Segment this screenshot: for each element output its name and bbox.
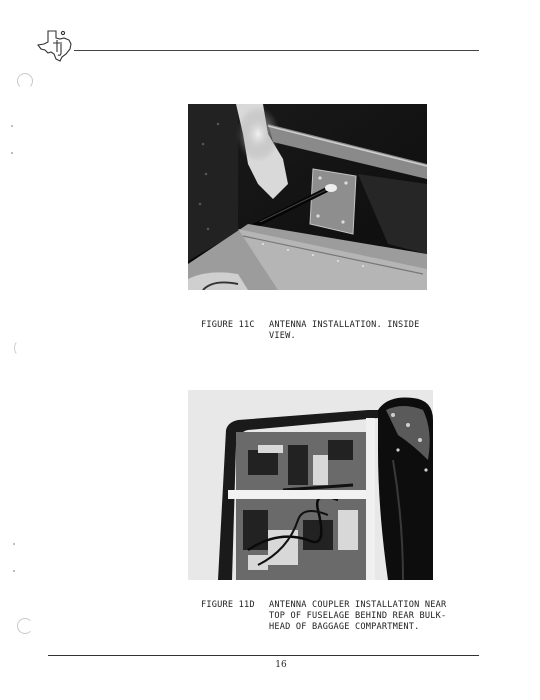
punch-hole-mark <box>14 340 26 356</box>
header-rule <box>74 50 479 51</box>
figure-11d-photo <box>188 390 433 580</box>
figure-11c-photo <box>188 104 427 290</box>
figure-11c-caption: FIGURE 11C ANTENNA INSTALLATION. INSIDE … <box>201 320 419 342</box>
figure-caption-text: ANTENNA INSTALLATION. INSIDE VIEW. <box>269 320 419 342</box>
figure-caption-text: ANTENNA COUPLER INSTALLATION NEAR TOP OF… <box>269 600 446 633</box>
scan-speck <box>11 152 13 154</box>
scan-speck <box>13 570 15 572</box>
texas-instruments-logo-icon <box>36 28 76 62</box>
scan-speck <box>11 125 13 127</box>
figure-label: FIGURE 11C <box>201 320 269 342</box>
page-number: 16 <box>0 660 540 670</box>
figure-label: FIGURE 11D <box>201 600 269 633</box>
footer-rule <box>48 655 479 656</box>
figure-11d-caption: FIGURE 11D ANTENNA COUPLER INSTALLATION … <box>201 600 446 633</box>
punch-hole-mark <box>17 618 33 634</box>
scan-speck <box>13 543 15 545</box>
punch-hole-mark <box>17 73 33 89</box>
